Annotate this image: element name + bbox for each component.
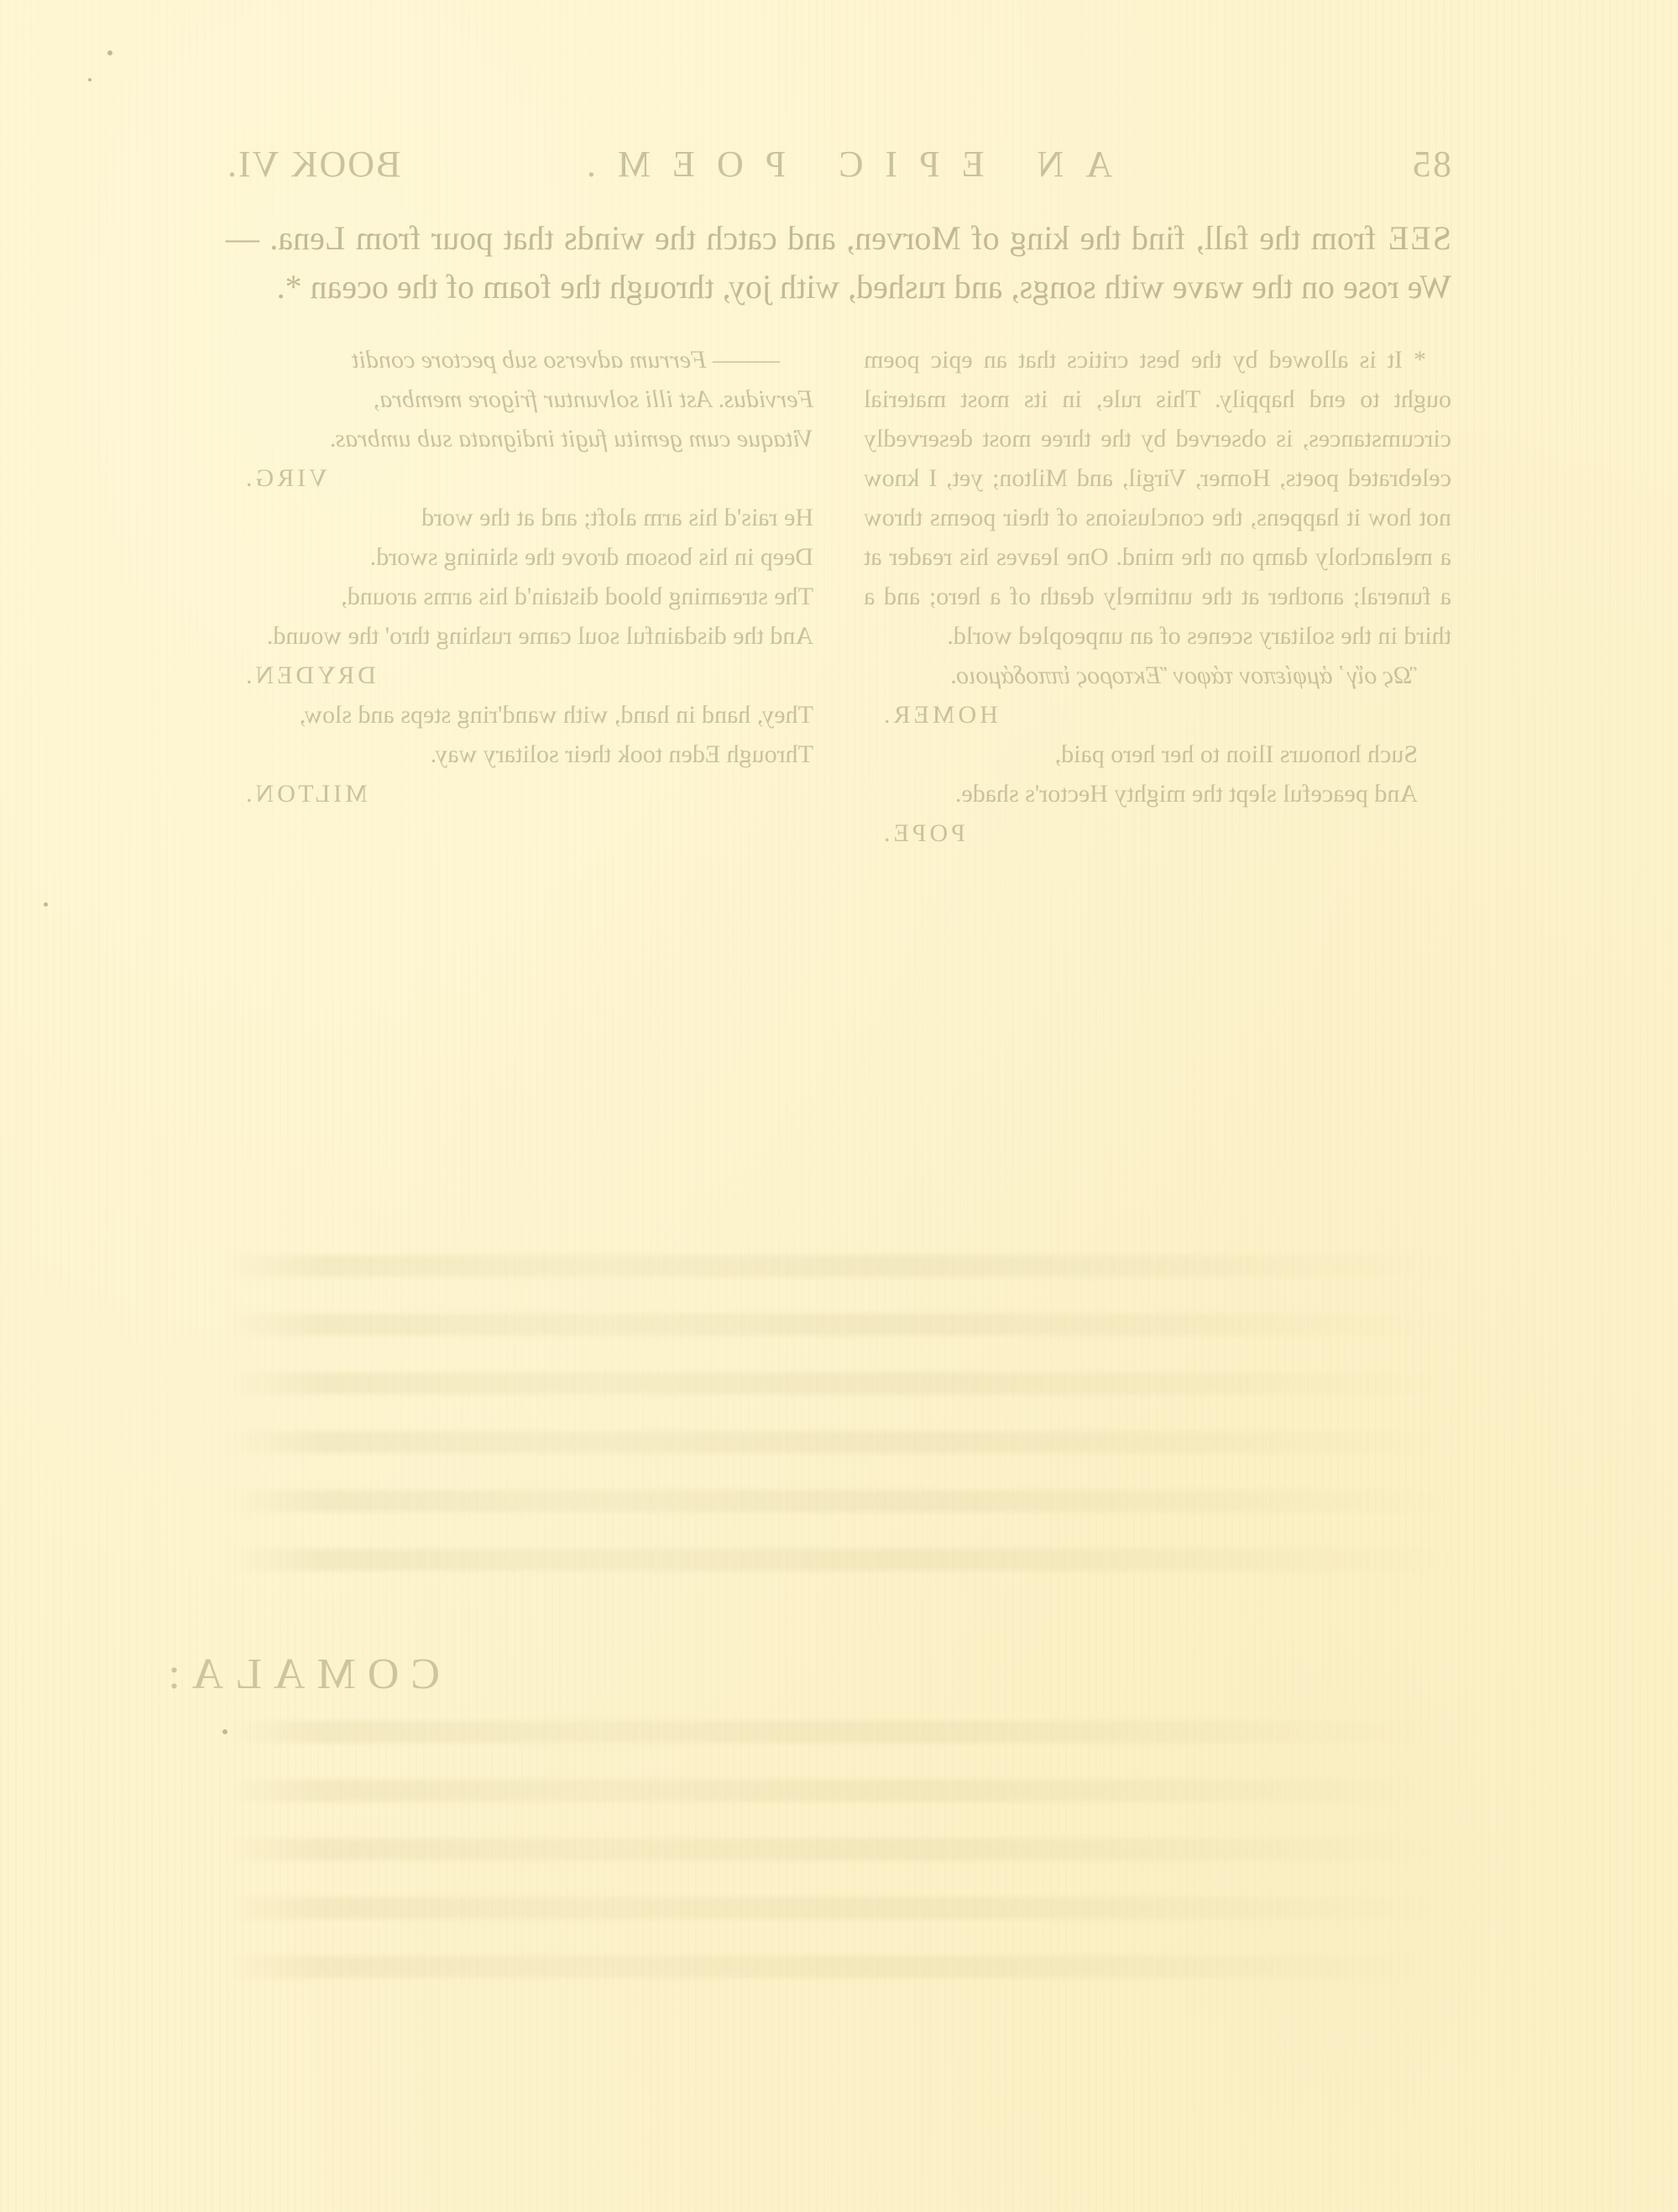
homer-attribution: HOMER. (864, 695, 1451, 735)
ghost-line (227, 1956, 1452, 1978)
footnote-column-right: ——— Ferrum adverso sub pectore condit Fe… (226, 340, 813, 853)
dryden-attribution: DRYDEN. (226, 656, 813, 695)
ghost-line (227, 1431, 1452, 1453)
pope-attribution: POPE. (864, 813, 1451, 853)
mirrored-show-through: 85 AN EPIC POEM. BOOK VI. SEE from the f… (0, 0, 1678, 2212)
virgil-line-3: Vitaque cum gemitu fugit indignata sub u… (226, 419, 813, 458)
pope-line-2: And peaceful slept the mighty Hector's s… (864, 774, 1451, 813)
virgil-line-1: ——— Ferrum adverso sub pectore condit (226, 340, 813, 379)
virgil-attribution: VIRG. (226, 458, 813, 498)
book-label: BOOK VI. (226, 143, 400, 186)
homer-quote: Ὣς οἵγ᾽ ἀμφίεπον τάφον Ἕκτορος ἱπποδάμοι… (864, 656, 1451, 695)
pope-line-1: Such honours Ilion to her hero paid, (864, 735, 1451, 774)
main-paragraph: SEE from the fall, find the king of Morv… (226, 214, 1451, 311)
paragraph-lead: SEE (1387, 219, 1451, 257)
ghost-line (227, 1373, 1452, 1394)
ghost-line (227, 1721, 1452, 1743)
paper-speck (88, 78, 91, 81)
ghost-line (227, 1314, 1452, 1336)
ghost-line (227, 1838, 1452, 1860)
paragraph-text: from the fall, find the king of Morven, … (226, 219, 1451, 306)
ghost-line (227, 1780, 1452, 1801)
paper-speck (222, 1729, 227, 1734)
milton-attribution: MILTON. (226, 774, 813, 813)
ghost-line (227, 1549, 1452, 1571)
milton-line-1: They, hand in hand, with wand'ring steps… (226, 695, 813, 735)
ghost-line (227, 1255, 1452, 1277)
dryden-line-4: And the disdainful soul came rushing thr… (226, 616, 813, 656)
dryden-line-3: The streaming blood distain'd his arms a… (226, 577, 813, 616)
footnote-prose: * It is allowed by the best critics that… (864, 340, 1451, 656)
paper-speck (44, 902, 48, 907)
footnote-column-left: * It is allowed by the best critics that… (864, 340, 1451, 853)
running-header: 85 AN EPIC POEM. BOOK VI. (226, 143, 1451, 201)
footnotes: * It is allowed by the best critics that… (226, 340, 1451, 853)
ghost-line (227, 1490, 1452, 1512)
paper-speck (107, 50, 112, 55)
virgil-line-2: Fervidus. Ast illi solvuntur frigore mem… (226, 379, 813, 419)
running-title: AN EPIC POEM. (226, 143, 1451, 186)
dryden-line-2: Deep in his bosom drove the shining swor… (226, 537, 813, 577)
ghost-line (227, 1897, 1452, 1919)
dryden-line-1: He rais'd his arm aloft; and at the word (226, 498, 813, 537)
milton-line-2: Through Eden took their solitary way. (226, 735, 813, 774)
next-page-heading: COMALA: (156, 1650, 440, 1699)
